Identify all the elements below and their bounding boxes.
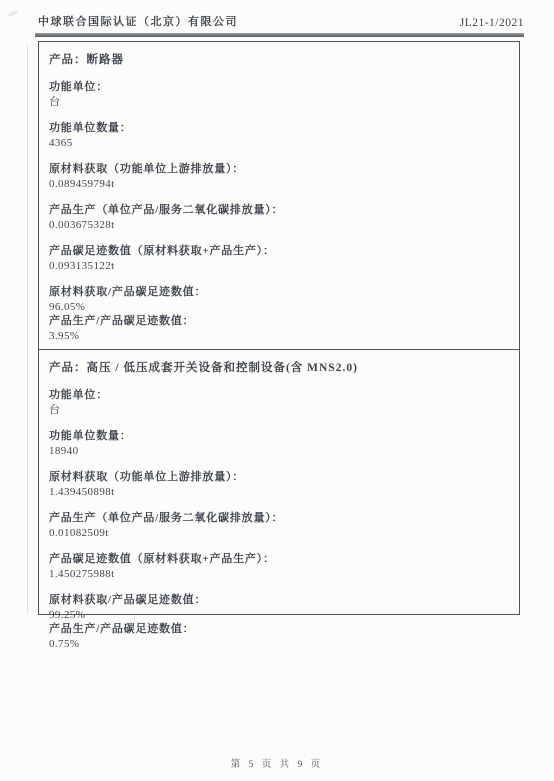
ratio-block: 原材料获取/产品碳足迹数值： 96.05% 产品生产/产品碳足迹数值： 3.95… [49,285,509,343]
ratio-label: 产品生产/产品碳足迹数值： [49,314,509,329]
product-title: 产品：高压 / 低压成套开关设备和控制设备(含 MNS2.0) [39,350,519,377]
field-raw-material: 原材料获取（功能单位上游排放量）： 1.439450898t [49,470,509,500]
page-footer: 第 5 页 共 9 页 [0,756,554,770]
field-value: 0.01082509t [49,526,509,541]
product-label: 产品： [49,362,87,374]
field-label: 功能单位数量： [49,429,509,444]
scan-artifact [8,10,18,17]
ratio-value: 0.75% [49,637,509,652]
field-value: 0.003675328t [49,218,509,233]
field-label: 原材料获取（功能单位上游排放量）： [49,162,509,177]
field-production: 产品生产（单位产品/服务二氧化碳排放量）： 0.003675328t [49,203,509,233]
document-page: 中球联合国际认证（北京）有限公司 JL21-1/2021 产品：断路器 功能单位… [0,0,554,781]
field-carbon-footprint: 产品碳足迹数值（原材料获取+产品生产）： 0.093135122t [49,244,509,274]
field-carbon-footprint: 产品碳足迹数值（原材料获取+产品生产）： 1.450275988t [49,552,509,582]
field-value: 台 [49,95,509,110]
field-value: 4365 [49,136,509,151]
field-production: 产品生产（单位产品/服务二氧化碳排放量）： 0.01082509t [49,511,509,541]
field-functional-unit-count: 功能单位数量： 4365 [49,121,509,151]
company-name: 中球联合国际认证（北京）有限公司 [38,13,238,29]
field-value: 18940 [49,444,509,459]
ratio-value: 3.95% [49,329,509,344]
field-label: 功能单位数量： [49,121,509,136]
ratio-label: 原材料获取/产品碳足迹数值： [49,593,509,608]
field-label: 产品生产（单位产品/服务二氧化碳排放量）： [49,203,509,218]
document-number: JL21-1/2021 [460,17,524,29]
product-name: 高压 / 低压成套开关设备和控制设备(含 MNS2.0) [87,362,358,374]
field-raw-material: 原材料获取（功能单位上游排放量）： 0.089459794t [49,162,509,192]
field-value: 1.439450898t [49,485,509,500]
field-label: 产品生产（单位产品/服务二氧化碳排放量）： [49,511,509,526]
product-name: 断路器 [87,54,125,66]
ratio-label: 产品生产/产品碳足迹数值： [49,622,509,637]
product-label: 产品： [49,54,87,66]
field-label: 功能单位： [49,388,509,403]
field-value: 0.089459794t [49,177,509,192]
field-value: 0.093135122t [49,259,509,274]
field-functional-unit: 功能单位： 台 [49,388,509,418]
product-title: 产品：断路器 [39,42,519,69]
content-box: 产品：断路器 功能单位： 台 功能单位数量： 4365 原材料获取（功能单位上游… [38,41,520,615]
ratio-label: 原材料获取/产品碳足迹数值： [49,285,509,300]
field-label: 产品碳足迹数值（原材料获取+产品生产）： [49,552,509,567]
ratio-value: 96.05% [49,300,509,315]
page-header: 中球联合国际认证（北京）有限公司 JL21-1/2021 [38,13,524,29]
field-label: 功能单位： [49,80,509,95]
field-value: 1.450275988t [49,567,509,582]
page-number: 第 5 页 共 9 页 [231,760,323,770]
product-section-2: 产品：高压 / 低压成套开关设备和控制设备(含 MNS2.0) 功能单位： 台 … [39,349,519,657]
field-functional-unit-count: 功能单位数量： 18940 [49,429,509,459]
ratio-block: 原材料获取/产品碳足迹数值： 99.25% 产品生产/产品碳足迹数值： 0.75… [49,593,509,651]
field-value: 台 [49,403,509,418]
header-divider [35,33,524,37]
field-label: 原材料获取（功能单位上游排放量）： [49,470,509,485]
ratio-value: 99.25% [49,608,509,623]
scan-artifact-line [27,44,28,614]
product-section-1: 产品：断路器 功能单位： 台 功能单位数量： 4365 原材料获取（功能单位上游… [39,42,519,349]
field-functional-unit: 功能单位： 台 [49,80,509,110]
field-label: 产品碳足迹数值（原材料获取+产品生产）： [49,244,509,259]
